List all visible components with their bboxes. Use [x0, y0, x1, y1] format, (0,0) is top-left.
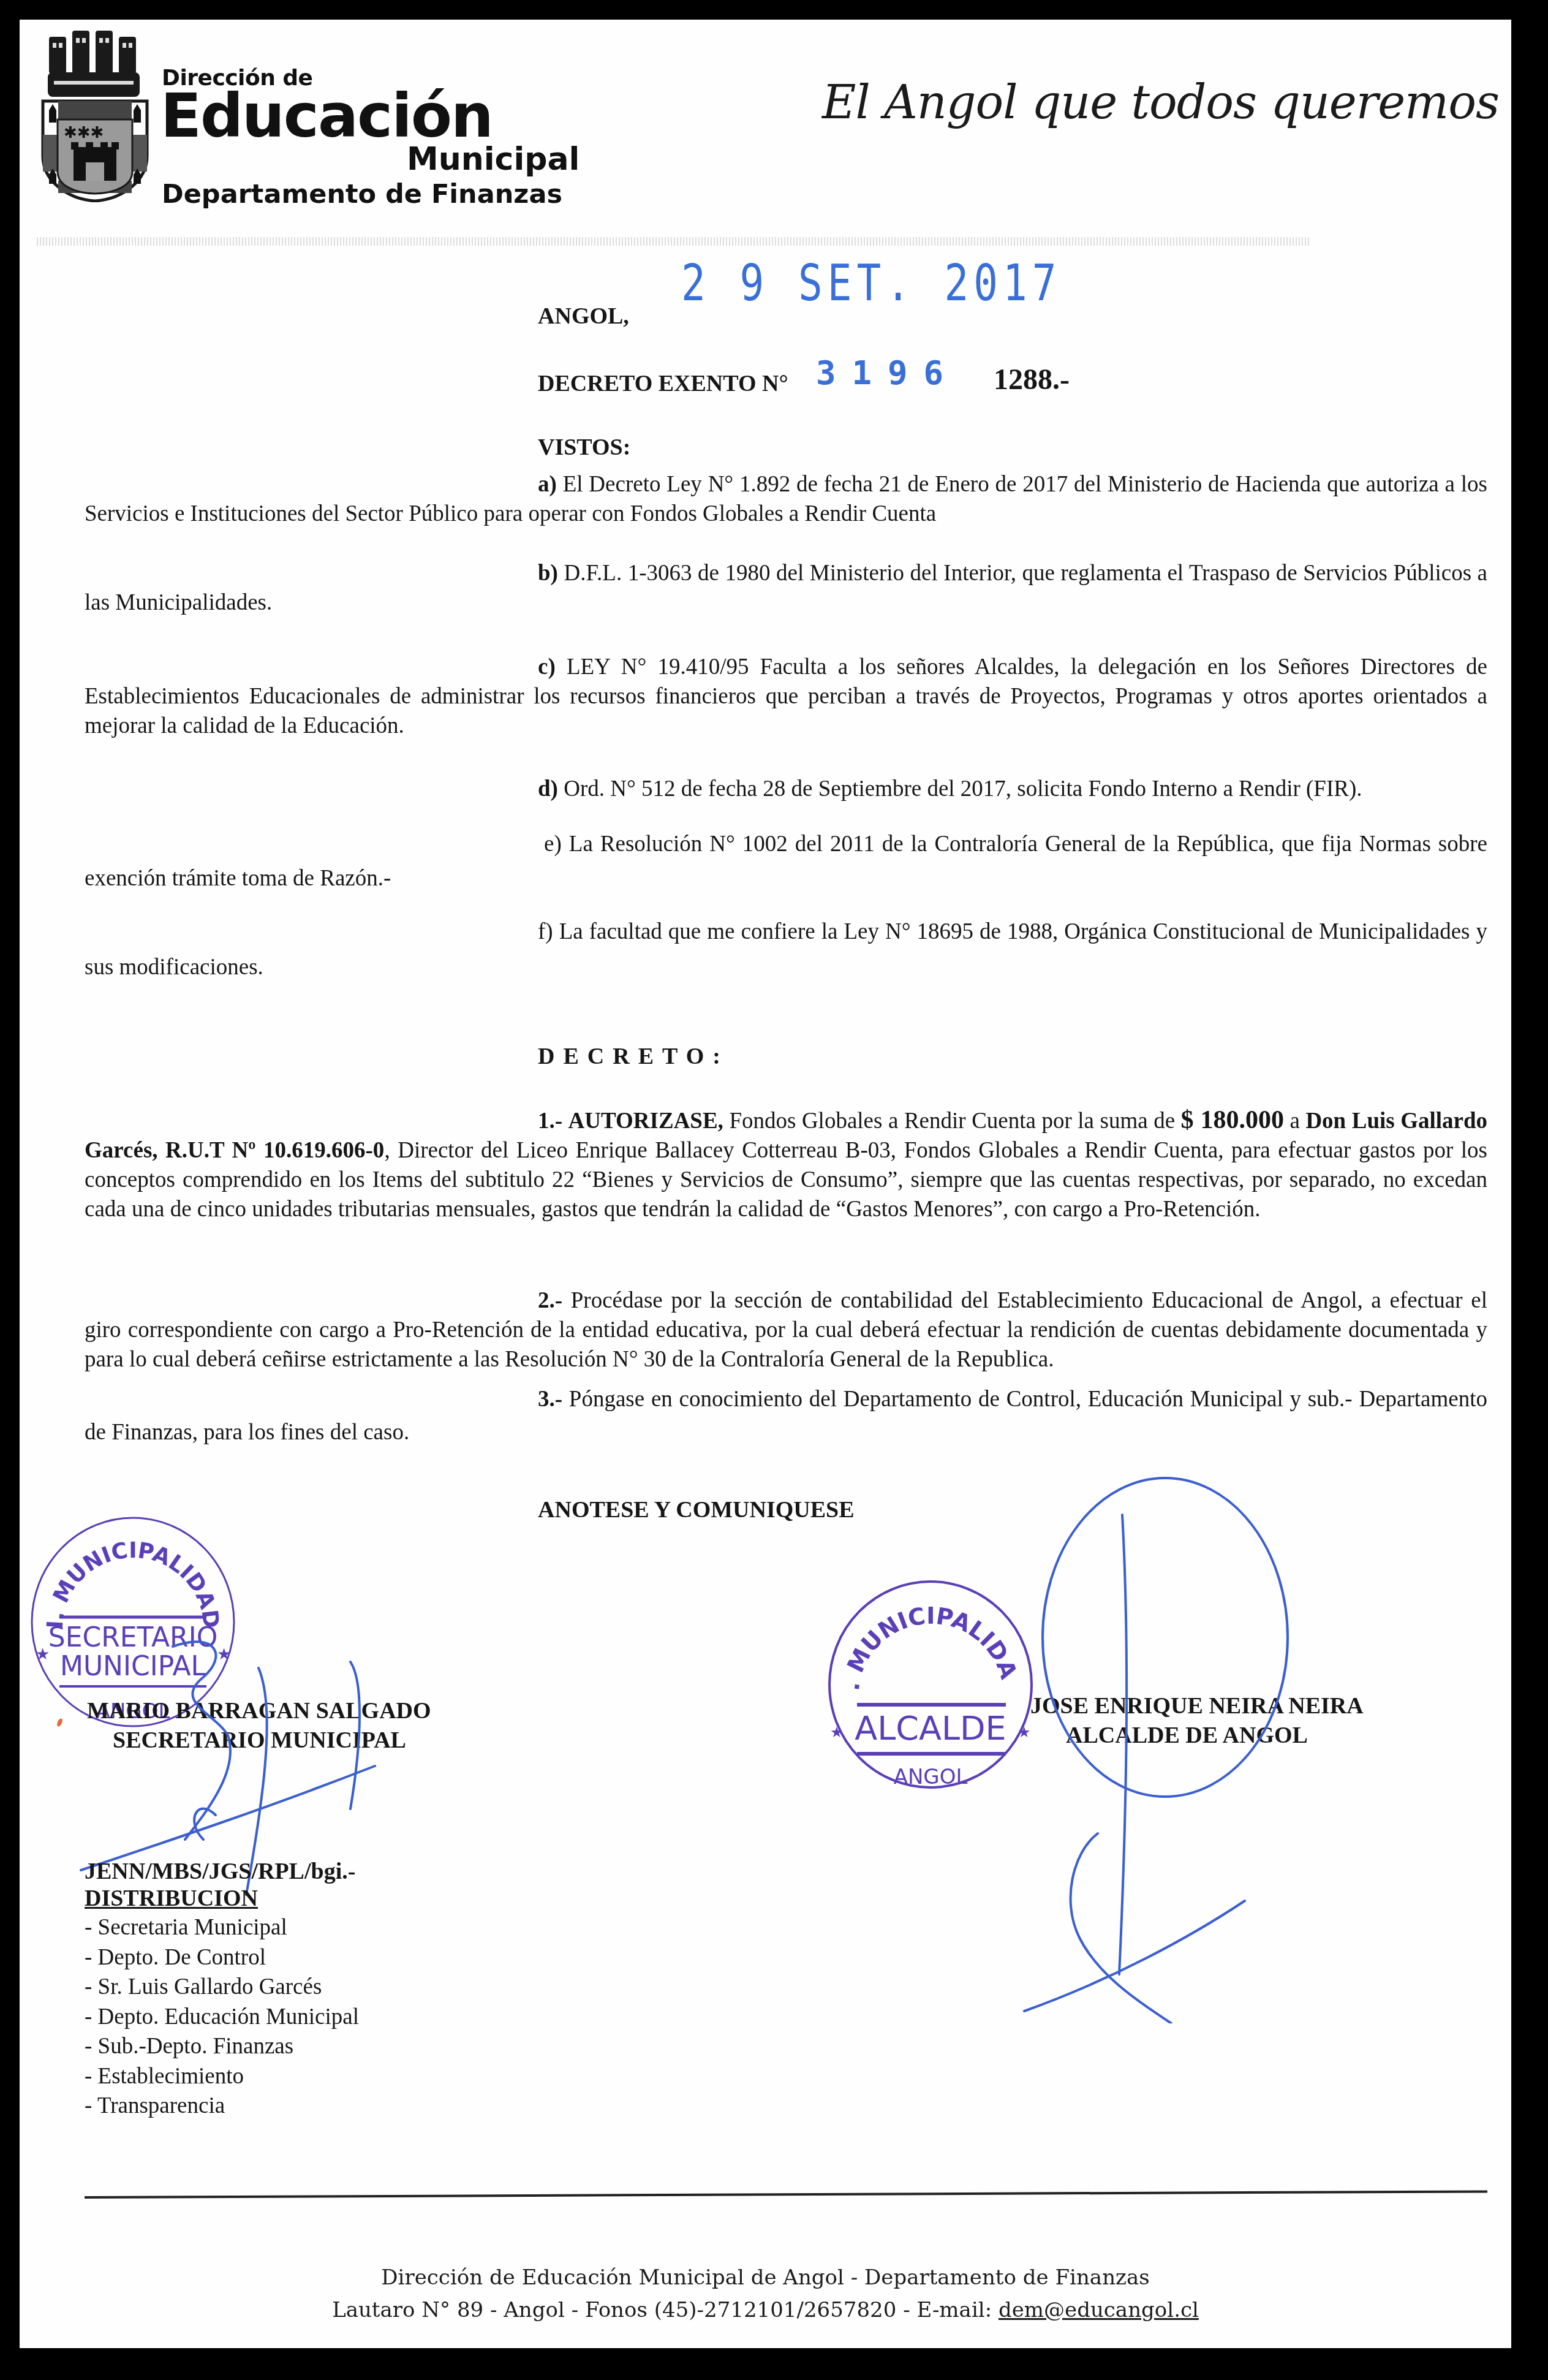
visto-f: f) La facultad que me confiere la Ley N°…	[85, 914, 1487, 985]
secretary-title: SECRETARIO MUNICIPAL	[113, 1727, 406, 1754]
distribution-item: - Transparencia	[85, 2091, 359, 2121]
svg-text:★: ★	[36, 1645, 50, 1663]
svg-text:ANGOL: ANGOL	[894, 1765, 968, 1789]
svg-text:ALCALDE: ALCALDE	[855, 1709, 1006, 1748]
distribution-item: - Sub.-Depto. Finanzas	[85, 2032, 359, 2062]
distribution-list: - Secretaria Municipal - Depto. De Contr…	[85, 1913, 359, 2121]
distribution-item: - Establecimiento	[85, 2062, 359, 2092]
email-link[interactable]: dem@educangol.cl	[999, 2298, 1199, 2322]
closing-formula: ANOTESE Y COMUNIQUESE	[538, 1496, 855, 1523]
article-3: 3.- Póngase en conocimiento del Departam…	[85, 1383, 1487, 1449]
place-label: ANGOL,	[538, 303, 629, 330]
svg-text:I. MUNICIPALIDAD: I. MUNICIPALIDAD	[825, 1579, 1022, 1692]
visto-c: c) LEY N° 19.410/95 Faculta a los señore…	[85, 653, 1487, 741]
visto-b: b) D.F.L. 1-3063 de 1980 del Ministerio …	[85, 559, 1487, 618]
decreto-heading: DECRETO:	[538, 1043, 729, 1070]
article-2: 2.- Procédase por la sección de contabil…	[85, 1286, 1487, 1374]
coat-of-arms-icon: ✱✱✱	[37, 25, 153, 202]
date-stamp: 2 9 SET. 2017	[681, 254, 1062, 313]
footer-divider	[85, 2190, 1487, 2199]
initials: JENN/MBS/JGS/RPL/bgi.-	[85, 1858, 355, 1885]
mayor-name: JOSE ENRIQUE NEIRA NEIRA	[1030, 1692, 1364, 1719]
decree-label: DECRETO EXENTO N°	[538, 370, 788, 397]
secretary-name: MARIO BARRAGAN SALGADO	[87, 1697, 431, 1724]
header-divider	[37, 237, 1311, 246]
visto-e: e) La Resolución N° 1002 del 2011 de la …	[85, 827, 1487, 896]
distribution-item: - Secretaria Municipal	[85, 1913, 359, 1943]
svg-text:★: ★	[830, 1725, 844, 1741]
decree-number-stamp: 3196	[816, 354, 959, 392]
svg-text:★: ★	[217, 1645, 231, 1663]
decree-typed-number: 1288.-	[994, 363, 1070, 396]
brand-line-2: Educación	[160, 84, 493, 150]
mayor-seal: I. MUNICIPALIDAD ALCALDE ★★ ANGOL	[825, 1579, 1036, 1791]
footer-line-2: Lautaro N° 89 - Angol - Fonos (45)-27121…	[20, 2298, 1511, 2322]
article-1: 1.- AUTORIZASE, Fondos Globales a Rendir…	[85, 1105, 1487, 1224]
mayor-title: ALCALDE DE ANGOL	[1066, 1722, 1308, 1749]
visto-d: d) Ord. N° 512 de fecha 28 de Septiembre…	[85, 775, 1487, 804]
brand-line-4: Departamento de Finanzas	[162, 179, 562, 210]
motto: El Angol que todos queremos	[822, 75, 1499, 129]
document-page: ✱✱✱ Dirección de Educación Municipal Dep…	[20, 20, 1511, 2348]
distribution-item: - Depto. Educación Municipal	[85, 2003, 359, 2033]
footer-line-1: Dirección de Educación Municipal de Ango…	[20, 2265, 1511, 2290]
svg-text:★: ★	[1018, 1725, 1031, 1741]
visto-a: a) El Decreto Ley N° 1.892 de fecha 21 d…	[85, 470, 1487, 529]
svg-text:SECRETARIO: SECRETARIO	[48, 1622, 218, 1653]
distribution-item: - Sr. Luis Gallardo Garcés	[85, 1973, 359, 2003]
vistos-heading: VISTOS:	[538, 434, 630, 461]
svg-text:✱✱✱: ✱✱✱	[64, 124, 104, 142]
svg-text:MUNICIPAL: MUNICIPAL	[60, 1651, 206, 1682]
distribution-item: - Depto. De Control	[85, 1943, 359, 1973]
brand-line-3: Municipal	[407, 141, 580, 178]
distribution-title: DISTRIBUCION	[85, 1885, 258, 1912]
